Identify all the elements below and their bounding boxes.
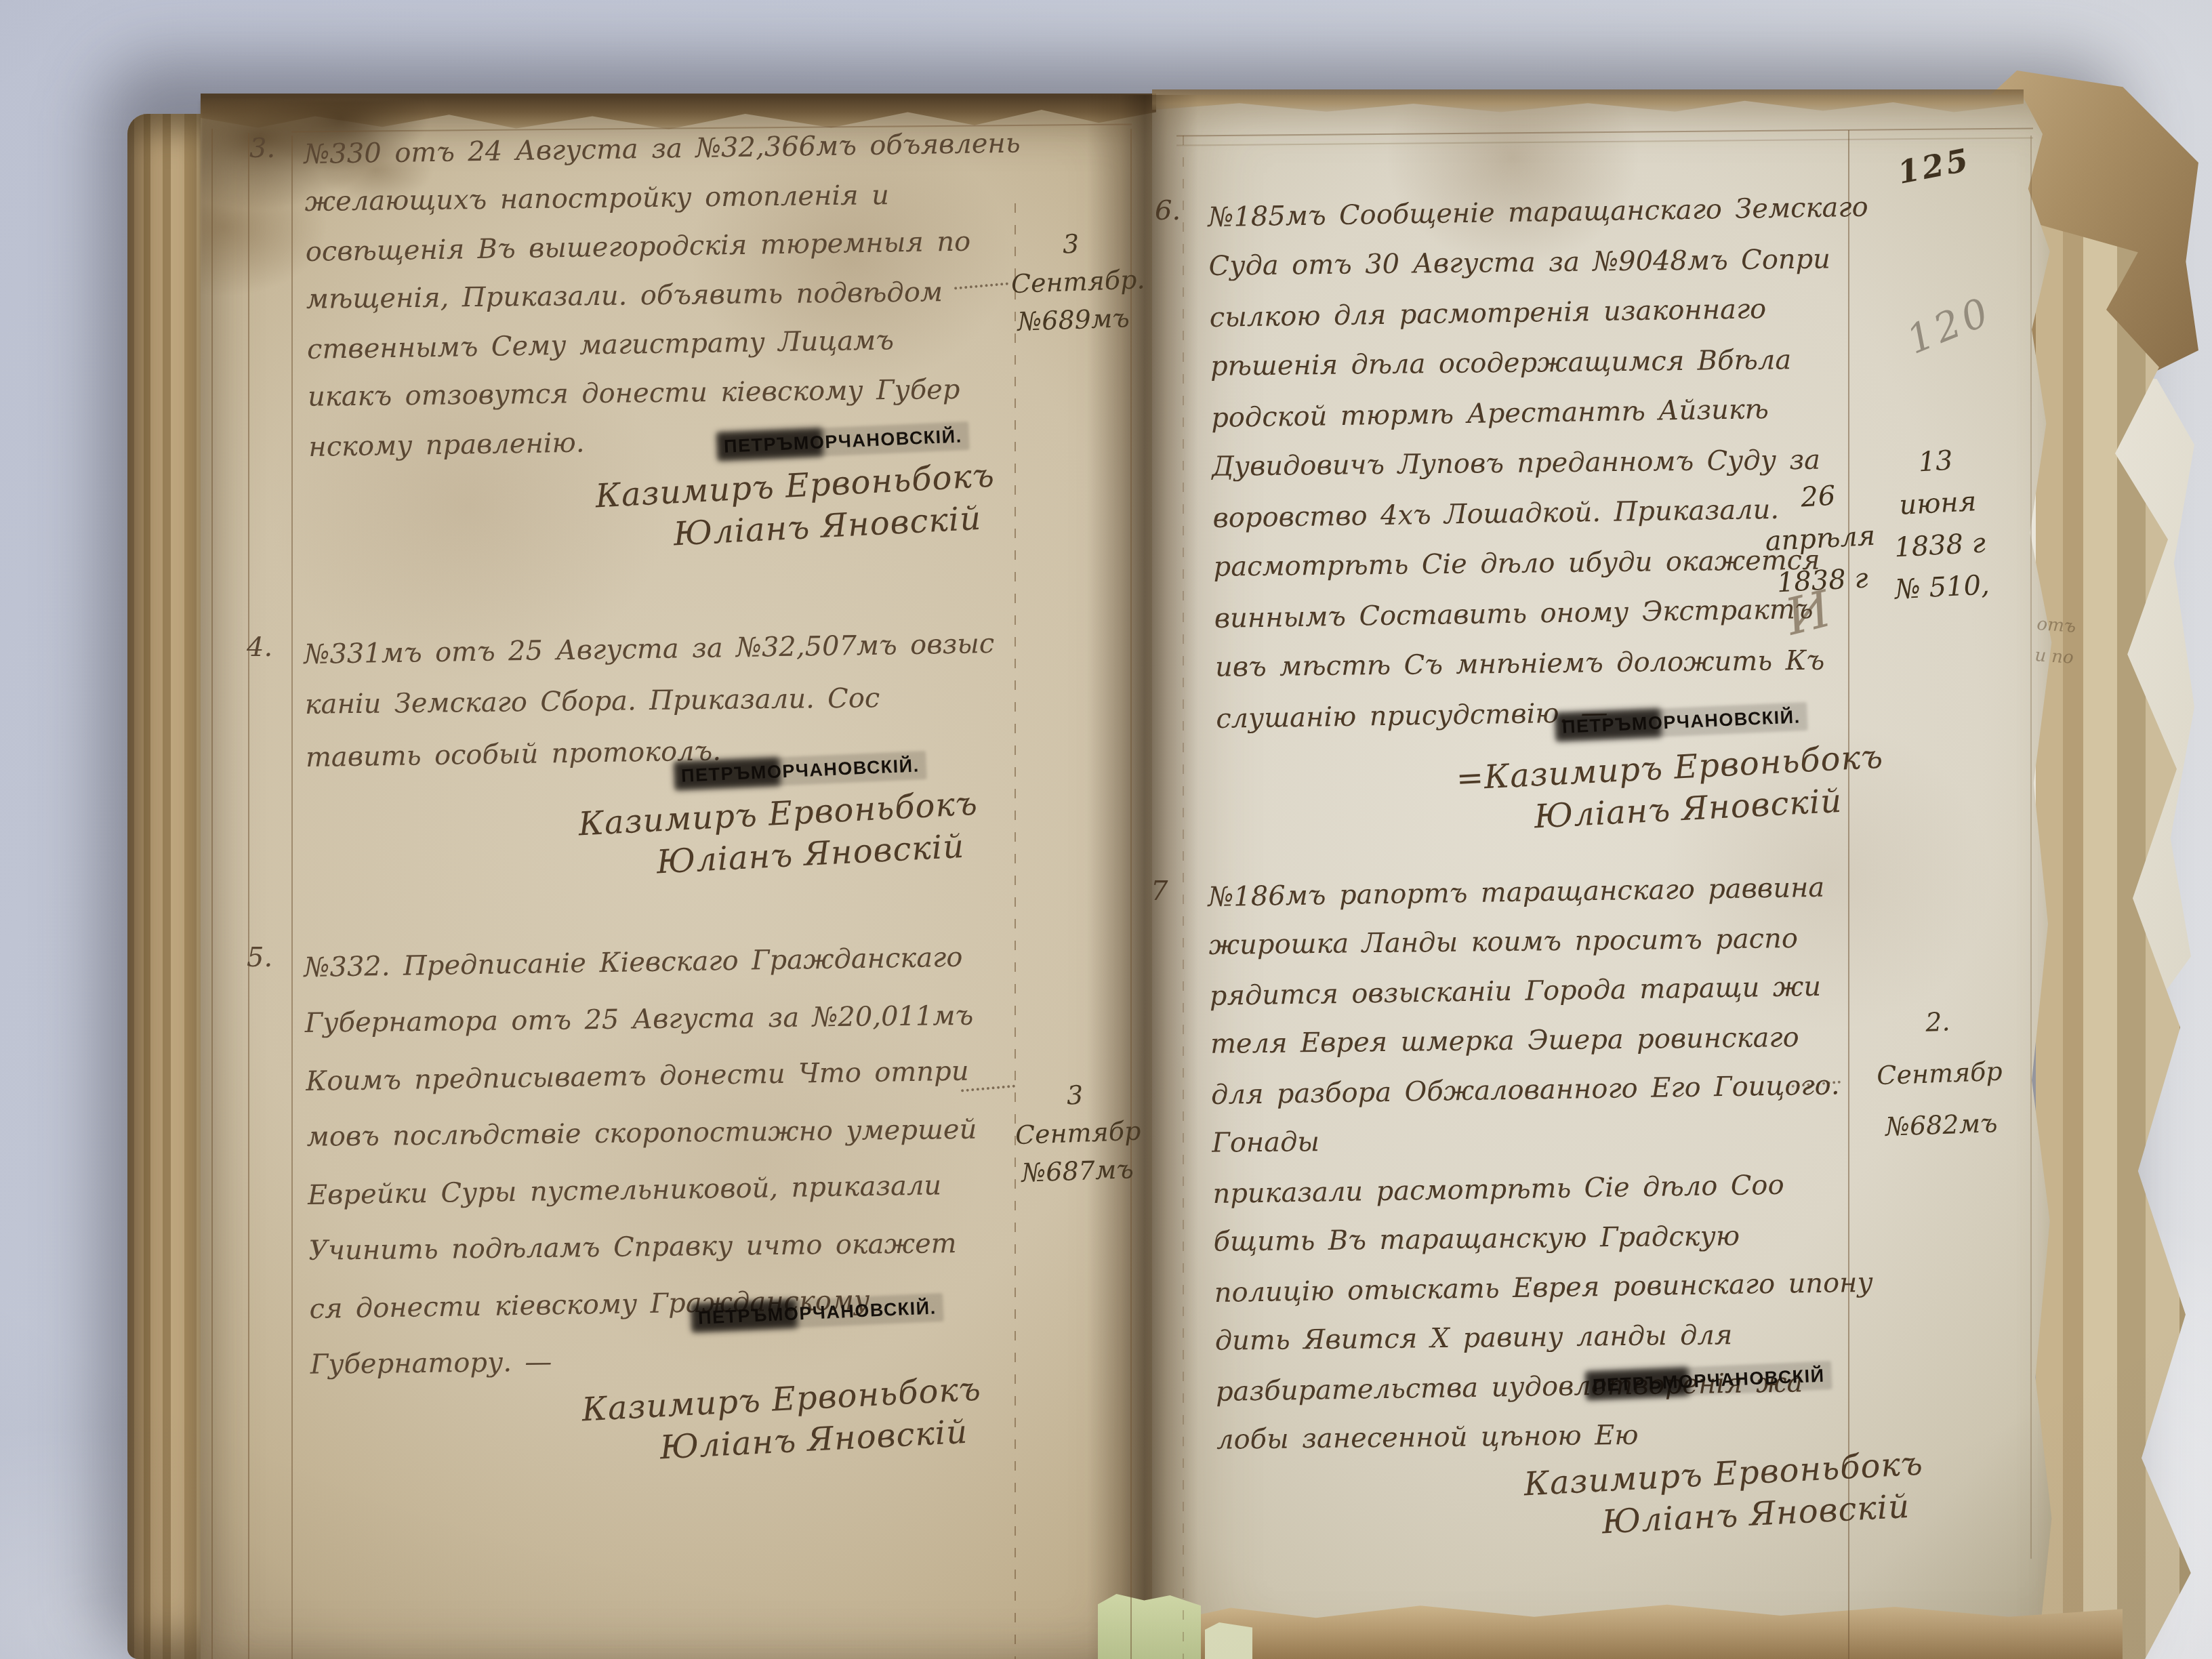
ruled-line-vertical-dashed	[1183, 136, 1184, 1659]
entry-number-186: 7	[1151, 876, 1168, 907]
margin-date-note: 2.Сентябр№682мъ	[1869, 994, 2010, 1153]
margin-date-note: 3Сентябр№687мъ	[1013, 1074, 1139, 1192]
ruled-line-vertical	[291, 136, 293, 1659]
entry-number-331: 4.	[247, 632, 272, 663]
entry-number-330: 3.	[249, 133, 275, 164]
green-bookmark-slip	[1098, 1594, 1201, 1659]
ruled-line-vertical-dashed	[1015, 203, 1016, 1659]
margin-date-note: 3Сентябр.№689мъ	[1009, 223, 1135, 341]
entry-185-text: №185мъ Сообщеніе таращанскаго ЗемскагоСу…	[1208, 182, 1867, 744]
entry-330-text: №330 отъ 24 Августа за №32,366мъ объявле…	[304, 120, 960, 472]
ruled-line-vertical	[2030, 136, 2032, 1559]
manuscript-photo: 3. №330 отъ 24 Августа за №32,366мъ объя…	[0, 0, 2212, 1659]
underpage-text-fragments: отъи по	[2034, 609, 2077, 674]
ruled-line-vertical	[211, 129, 213, 1659]
ruled-line-vertical	[1130, 129, 1132, 1659]
entry-number-332: 5.	[247, 942, 272, 973]
small-bookmark-slip	[1205, 1622, 1252, 1659]
page-stack-left-edge	[127, 114, 210, 1659]
entry-number-185: 6.	[1155, 195, 1181, 226]
ruled-line-vertical	[248, 133, 249, 1659]
margin-date-note: 13июня1838 г№ 510,	[1870, 437, 2008, 612]
